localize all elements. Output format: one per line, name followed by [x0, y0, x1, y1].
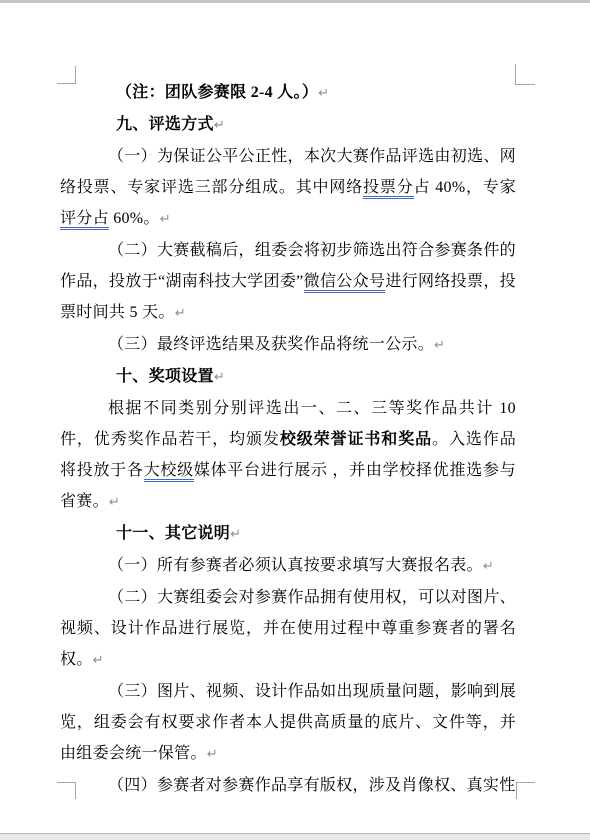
text-run: （三）图片、视频、设计作品如出现质量问题，影响到展览，组委会有权要求作者本人提供…	[60, 683, 516, 762]
text-run: （三）最终评选结果及获奖作品将统一公示。	[108, 336, 434, 353]
note-paragraph[interactable]: （注：团队参赛限 2-4 人。）↵	[60, 77, 516, 109]
page-bottom-edge	[0, 833, 590, 840]
page-top-edge	[0, 0, 590, 3]
paragraph[interactable]: （二）大赛组委会对参赛作品拥有使用权，可以对图片、视频、设计作品进行展览，并在使…	[60, 582, 516, 676]
paragraph-mark-icon: ↵	[93, 653, 104, 668]
heading-paragraph[interactable]: 十一、其它说明↵	[60, 518, 516, 550]
bold-text-run: 十一、其它说明	[116, 525, 230, 542]
paragraph[interactable]: （三）图片、视频、设计作品如出现质量问题，影响到展览，组委会有权要求作者本人提供…	[60, 676, 516, 770]
paragraph-mark-icon: ↵	[109, 495, 120, 510]
paragraph[interactable]: （三）最终评选结果及获奖作品将统一公示。↵	[60, 329, 516, 361]
heading-paragraph[interactable]: 九、评选方式↵	[60, 109, 516, 141]
text-run: （二）大赛组委会对参赛作品拥有使用权，可以对图片、视频、设计作品进行展览，并在使…	[60, 589, 516, 668]
paragraph-mark-icon: ↵	[483, 559, 494, 574]
paragraph[interactable]: （四）参赛者对参赛作品享有版权，涉及肖像权、真实性	[60, 770, 516, 801]
text-run: （一）所有参赛者必须认真按要求填写大赛报名表。	[108, 557, 483, 574]
paragraph-mark-icon: ↵	[160, 212, 171, 227]
text-run: （四）参赛者对参赛作品享有版权，涉及肖像权、真实性	[108, 777, 516, 794]
paragraph-mark-icon: ↵	[434, 338, 445, 353]
crop-mark-bottom-right-icon	[516, 782, 535, 799]
paragraph[interactable]: （一）为保证公平公正性，本次大赛作品评选由初选、网络投票、专家评选三部分组成。其…	[60, 141, 516, 235]
paragraph-mark-icon: ↵	[175, 306, 186, 321]
underlined-text-run: 微信公众号	[304, 273, 386, 293]
text-run: 60%。	[109, 210, 160, 227]
bold-text-run: 校级荣誉证书和奖品	[280, 431, 432, 448]
heading-paragraph[interactable]: 十、奖项设置↵	[60, 361, 516, 393]
paragraph[interactable]: （一）所有参赛者必须认真按要求填写大赛报名表。↵	[60, 550, 516, 582]
paragraph-mark-icon: ↵	[214, 118, 225, 133]
bold-text-run: （注：团队参赛限 2-4 人。）	[116, 84, 318, 101]
paragraph-mark-icon: ↵	[230, 527, 241, 542]
paragraph-mark-icon: ↵	[214, 370, 225, 385]
text-run: 占 40%，专家	[414, 179, 516, 196]
paragraph-mark-icon: ↵	[318, 86, 329, 101]
underlined-text-run: 投票分	[363, 179, 414, 199]
bold-text-run: 十、奖项设置	[116, 368, 214, 385]
underlined-text-run: 大校级	[144, 462, 194, 482]
bold-text-run: 九、评选方式	[116, 116, 214, 133]
paragraph[interactable]: （二）大赛截稿后，组委会将初步筛选出符合参赛条件的作品，投放于“湖南科技大学团委…	[60, 235, 516, 329]
document-page: （注：团队参赛限 2-4 人。）↵九、评选方式↵（一）为保证公平公正性，本次大赛…	[0, 0, 590, 840]
underlined-text-run: 评分占	[60, 210, 109, 230]
text-area[interactable]: （注：团队参赛限 2-4 人。）↵九、评选方式↵（一）为保证公平公正性，本次大赛…	[60, 77, 516, 801]
paragraph-mark-icon: ↵	[207, 747, 218, 762]
paragraph[interactable]: 根据不同类别分别评选出一、二、三等奖作品共计 10 件，优秀奖作品若干，均颁发校…	[60, 393, 516, 518]
crop-mark-top-right-icon	[515, 64, 535, 85]
